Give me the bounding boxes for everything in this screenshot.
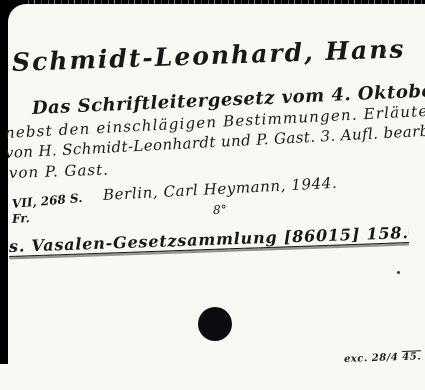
scan-torn-edge: [22, 0, 425, 4]
scanned-catalog-card: Schmidt-Leonhard, Hans Das Schriftleiter…: [0, 0, 425, 390]
scan-speck: [383, 49, 386, 52]
punch-hole: [198, 307, 232, 341]
accession-note-year: 45.: [402, 351, 421, 363]
card-paper-bleed: [0, 364, 8, 390]
format-mark: 8°: [213, 204, 227, 216]
scan-speck: [397, 271, 400, 274]
title-line-4: von P. Gast.: [9, 163, 109, 181]
binding-mark: Fr.: [12, 212, 30, 225]
accession-note-prefix: exc. 28/4: [344, 352, 403, 365]
